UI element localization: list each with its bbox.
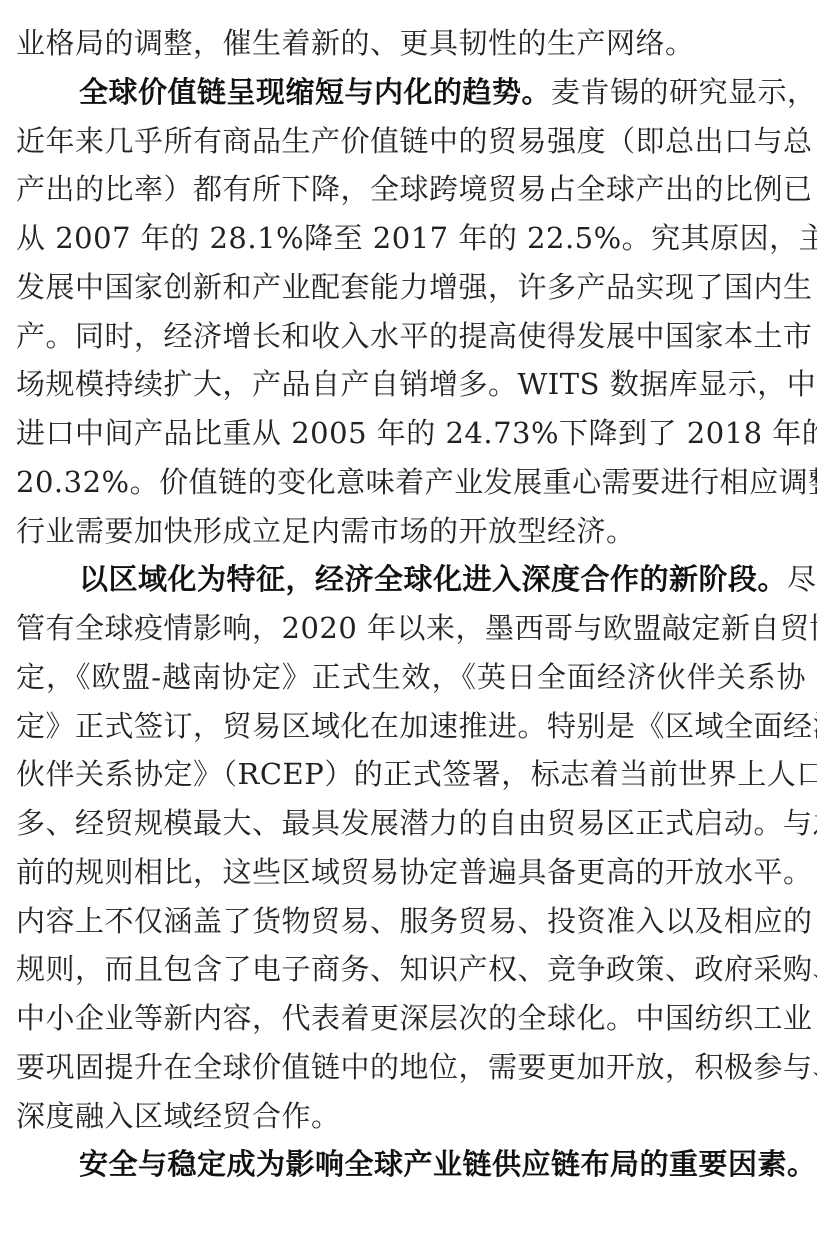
line-text: 深度融入区域经贸合作。 [16, 1099, 341, 1133]
text-line: 近年来几乎所有商品生产价值链中的贸易强度（即总出口与总 [16, 117, 806, 166]
text-line: 伙伴关系协定》（RCEP）的正式签署，标志着当前世界上人口最 [16, 750, 806, 799]
paragraph-heading: 全球价值链呈现缩短与内化的趋势。 [79, 75, 551, 109]
text-line: 深度融入区域经贸合作。 [16, 1092, 806, 1141]
line-text: 从 2007 年的 28.1%降至 2017 年的 22.5%。究其原因，主要在… [16, 221, 817, 255]
paragraph-lead-line: 安全与稳定成为影响全球产业链供应链布局的重要因素。 [16, 1140, 806, 1189]
line-text: 产。同时，经济增长和收入水平的提高使得发展中国家本土市 [16, 319, 813, 353]
line-text: 多、经贸规模最大、最具发展潜力的自由贸易区正式启动。与之 [16, 806, 817, 840]
text-line: 20.32%。价值链的变化意味着产业发展重心需要进行相应调整。 [16, 458, 806, 507]
line-text: 场规模持续扩大，产品自产自销增多。WITS 数据库显示，中国 [16, 367, 817, 401]
text-line: 定》正式签订，贸易区域化在加速推进。特别是《区域全面经济 [16, 702, 806, 751]
text-line: 前的规则相比，这些区域贸易协定普遍具备更高的开放水平。 [16, 848, 806, 897]
line-text: 管有全球疫情影响，2020 年以来，墨西哥与欧盟敲定新自贸协 [16, 611, 817, 645]
text-line: 发展中国家创新和产业配套能力增强，许多产品实现了国内生 [16, 263, 806, 312]
paragraph-lead-line: 全球价值链呈现缩短与内化的趋势。麦肯锡的研究显示， [16, 68, 806, 117]
paragraph-heading: 以区域化为特征，经济全球化进入深度合作的新阶段。 [79, 562, 787, 596]
line-text: 前的规则相比，这些区域贸易协定普遍具备更高的开放水平。 [16, 855, 813, 889]
text-line: 业格局的调整，催生着新的、更具韧性的生产网络。 [16, 19, 806, 68]
line-text: 产出的比率）都有所下降，全球跨境贸易占全球产出的比例已 [16, 172, 813, 206]
paragraph-heading: 安全与稳定成为影响全球产业链供应链布局的重要因素。 [79, 1147, 817, 1181]
line-text: 业格局的调整，催生着新的、更具韧性的生产网络。 [16, 26, 695, 60]
line-text: 内容上不仅涵盖了货物贸易、服务贸易、投资准入以及相应的 [16, 904, 813, 938]
text-line: 规则，而且包含了电子商务、知识产权、竞争政策、政府采购、 [16, 945, 806, 994]
text-line: 内容上不仅涵盖了货物贸易、服务贸易、投资准入以及相应的 [16, 897, 806, 946]
line-text: 近年来几乎所有商品生产价值链中的贸易强度（即总出口与总 [16, 124, 813, 158]
text-line: 要巩固提升在全球价值链中的地位，需要更加开放，积极参与、 [16, 1043, 806, 1092]
line-text: 20.32%。价值链的变化意味着产业发展重心需要进行相应调整。 [16, 465, 817, 499]
line-text: 要巩固提升在全球价值链中的地位，需要更加开放，积极参与、 [16, 1050, 817, 1084]
text-line: 行业需要加快形成立足内需市场的开放型经济。 [16, 507, 806, 556]
text-line: 进口中间产品比重从 2005 年的 24.73%下降到了 2018 年的 [16, 409, 806, 458]
line-text: 定》正式签订，贸易区域化在加速推进。特别是《区域全面经济 [16, 709, 817, 743]
line-text: 尽 [787, 562, 817, 596]
text-line: 中小企业等新内容，代表着更深层次的全球化。中国纺织工业 [16, 994, 806, 1043]
text-line: 产。同时，经济增长和收入水平的提高使得发展中国家本土市 [16, 312, 806, 361]
line-text: 麦肯锡的研究显示， [551, 75, 817, 109]
text-line: 场规模持续扩大，产品自产自销增多。WITS 数据库显示，中国 [16, 360, 806, 409]
line-text: 规则，而且包含了电子商务、知识产权、竞争政策、政府采购、 [16, 952, 817, 986]
line-text: 发展中国家创新和产业配套能力增强，许多产品实现了国内生 [16, 270, 813, 304]
text-line: 产出的比率）都有所下降，全球跨境贸易占全球产出的比例已 [16, 165, 806, 214]
paragraph-lead-line: 以区域化为特征，经济全球化进入深度合作的新阶段。尽 [16, 555, 806, 604]
text-line: 多、经贸规模最大、最具发展潜力的自由贸易区正式启动。与之 [16, 799, 806, 848]
line-text: 进口中间产品比重从 2005 年的 24.73%下降到了 2018 年的 [16, 416, 817, 450]
document-page: 业格局的调整，催生着新的、更具韧性的生产网络。 全球价值链呈现缩短与内化的趋势。… [16, 19, 806, 1189]
line-text: 中小企业等新内容，代表着更深层次的全球化。中国纺织工业 [16, 1001, 813, 1035]
line-text: 伙伴关系协定》（RCEP）的正式签署，标志着当前世界上人口最 [16, 757, 817, 791]
text-line: 定，《欧盟-越南协定》正式生效，《英日全面经济伙伴关系协 [16, 653, 806, 702]
line-text: 定，《欧盟-越南协定》正式生效，《英日全面经济伙伴关系协 [16, 660, 806, 694]
text-line: 从 2007 年的 28.1%降至 2017 年的 22.5%。究其原因，主要在… [16, 214, 806, 263]
text-line: 管有全球疫情影响，2020 年以来，墨西哥与欧盟敲定新自贸协 [16, 604, 806, 653]
line-text: 行业需要加快形成立足内需市场的开放型经济。 [16, 514, 636, 548]
